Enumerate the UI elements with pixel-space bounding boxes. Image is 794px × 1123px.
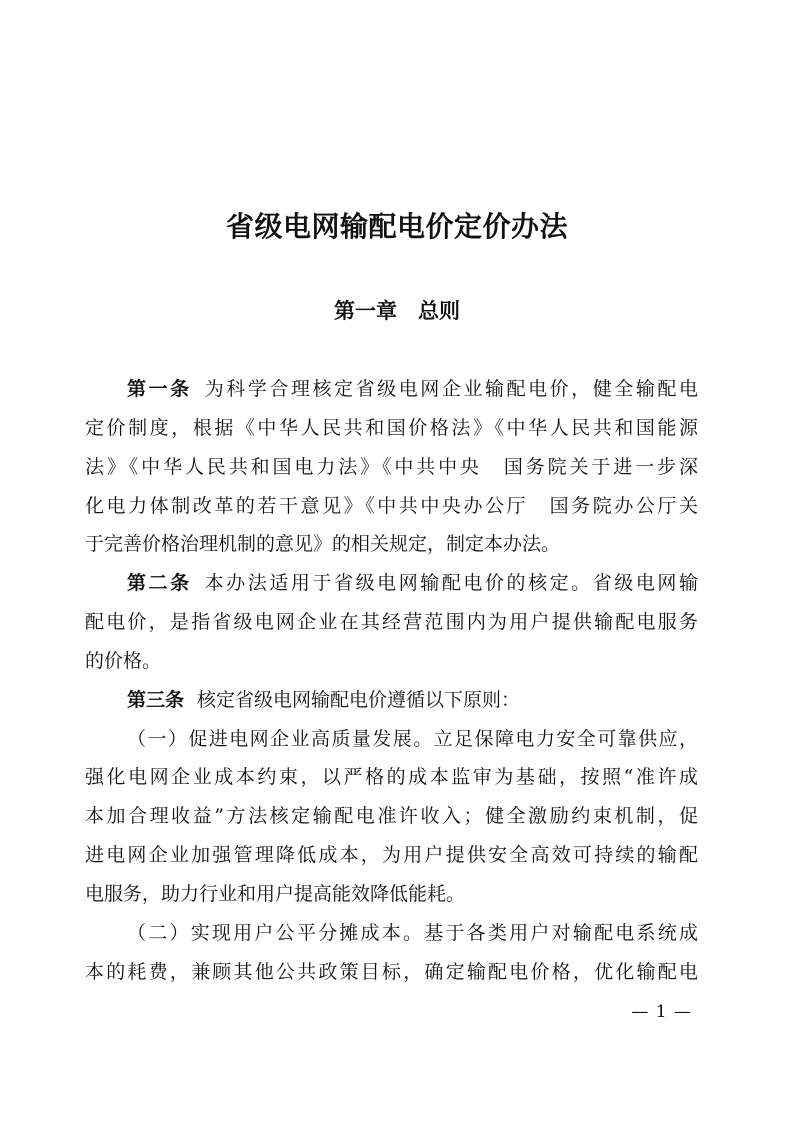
body-line: （一）促进电网企业高质量发展。立足保障电力安全可靠供应， <box>85 720 698 759</box>
body-line: 定价制度，根据《中华人民共和国价格法》《中华人民共和国能源 <box>85 409 698 448</box>
body-line: 强化电网企业成本约束，以严格的成本监审为基础，按照“准许成 <box>85 758 698 797</box>
body-line: 第二条本办法适用于省级电网输配电价的核定。省级电网输 <box>85 564 698 603</box>
body-line: 于完善价格治理机制的意见》的相关规定，制定本办法。 <box>85 525 698 564</box>
page-number: — 1 — <box>631 1000 692 1024</box>
body-line: 化电力体制改革的若干意见》《中共中央办公厅 国务院办公厅关 <box>85 487 698 526</box>
body-line: 的价格。 <box>85 642 698 681</box>
body-line: 本加合理收益”方法核定输配电准许收入；健全激励约束机制，促 <box>85 797 698 836</box>
body-line: 本的耗费，兼顾其他公共政策目标，确定输配电价格，优化输配电 <box>85 953 698 992</box>
body-line: （二）实现用户公平分摊成本。基于各类用户对输配电系统成 <box>85 914 698 953</box>
chapter-heading: 第一章 总则 <box>0 296 794 326</box>
body-line: 进电网企业加强管理降低成本，为用户提供安全高效可持续的输配 <box>85 836 698 875</box>
body-line: 电服务，助力行业和用户提高能效降低能耗。 <box>85 875 698 914</box>
article-number-lead: 第二条 <box>127 572 192 594</box>
document-body: 第一条为科学合理核定省级电网企业输配电价，健全输配电定价制度，根据《中华人民共和… <box>85 370 698 992</box>
article-number-lead: 第一条 <box>127 378 192 400</box>
document-page: 省级电网输配电价定价办法 第一章 总则 第一条为科学合理核定省级电网企业输配电价… <box>0 0 794 1123</box>
article-number-lead: 第三条 <box>127 689 184 711</box>
body-line: 法》《中华人民共和国电力法》《中共中央 国务院关于进一步深 <box>85 448 698 487</box>
body-line: 配电价，是指省级电网企业在其经营范围内为用户提供输配电服务 <box>85 603 698 642</box>
body-line: 第一条为科学合理核定省级电网企业输配电价，健全输配电 <box>85 370 698 409</box>
document-title: 省级电网输配电价定价办法 <box>0 206 794 248</box>
body-line: 第三条核定省级电网输配电价遵循以下原则： <box>85 681 698 720</box>
